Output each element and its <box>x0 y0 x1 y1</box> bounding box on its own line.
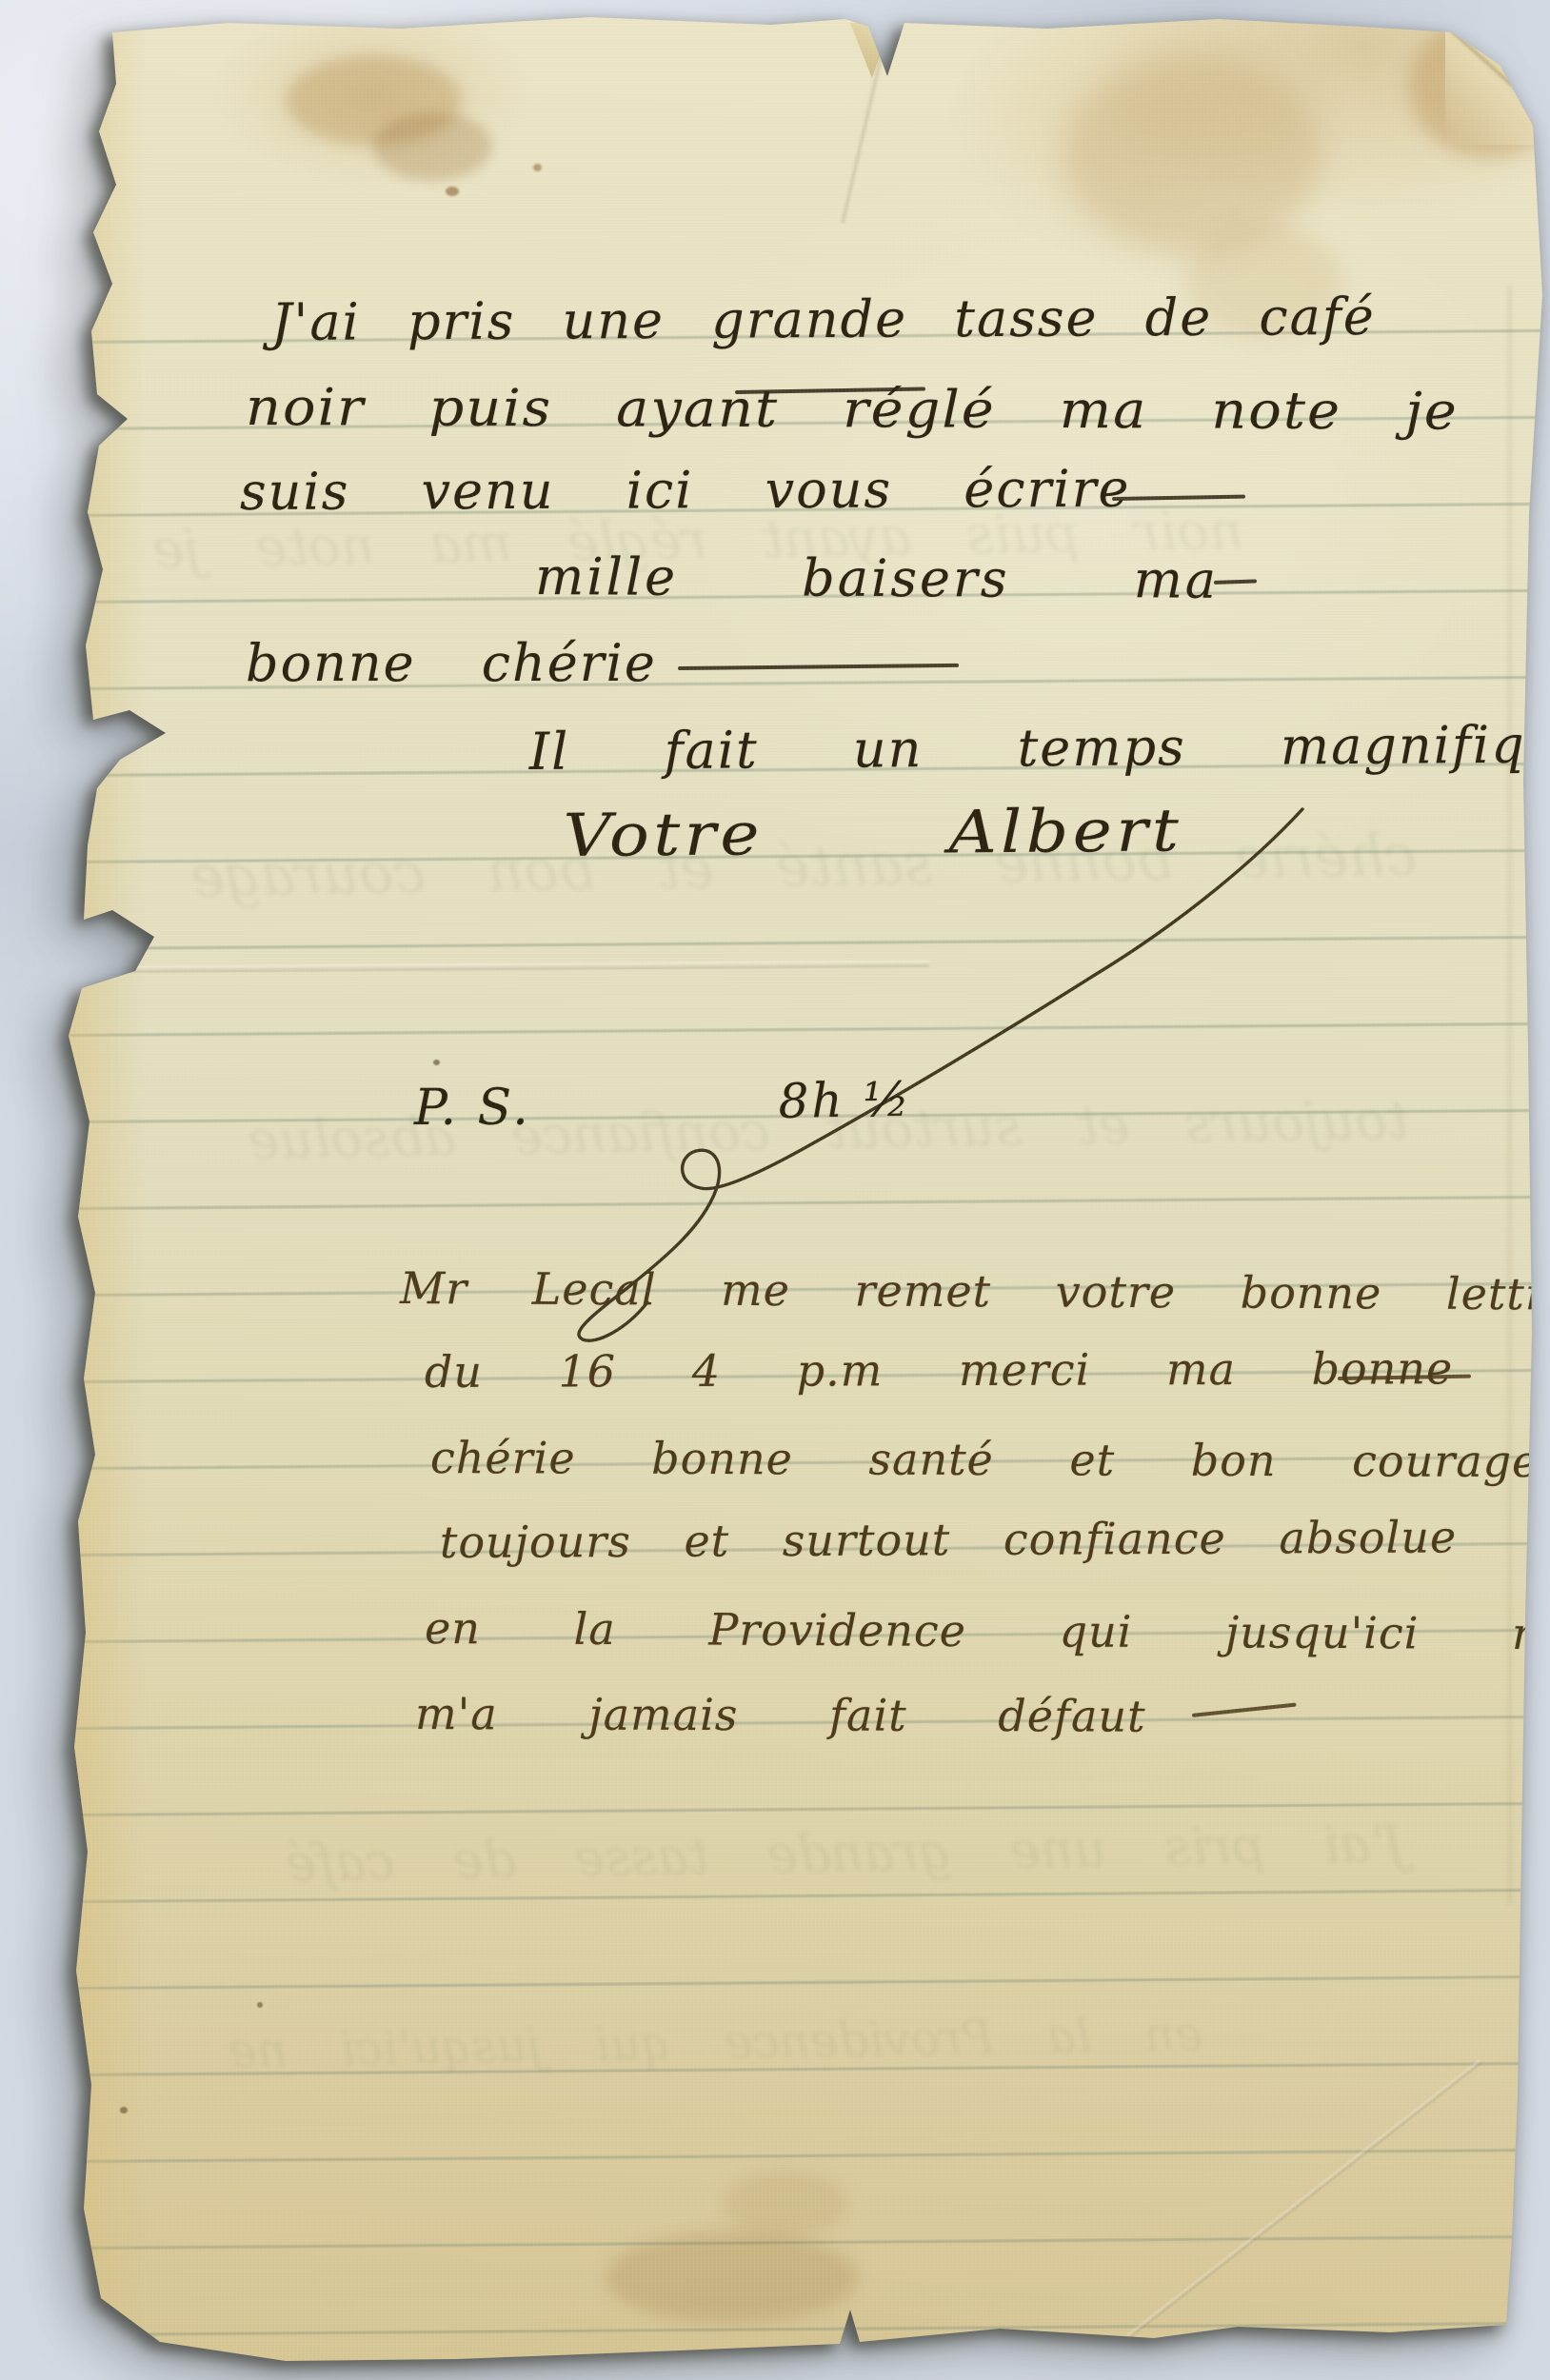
ps-line-6: m'a jamais fait défaut <box>415 1692 1146 1738</box>
handwriting-line-6: Il fait un temps magnifique <box>529 719 1550 778</box>
ink-speck <box>120 2107 128 2113</box>
foxing-speck <box>533 164 542 171</box>
ps-line-2: du 16 4 p.m merci ma bonne <box>425 1346 1453 1394</box>
top-edge-fold-flap <box>850 21 892 78</box>
crease-right-margin <box>1507 286 1512 1904</box>
photo-of-letter: noir puis ayant réglé ma note je chérie … <box>0 0 1550 2380</box>
handwriting-line-4: mille baisers ma <box>535 551 1219 606</box>
handwriting-line-3: suis venu ici vous écrire <box>240 464 1131 518</box>
handwriting-line-1: J'ai pris une grande tasse de café <box>271 291 1376 348</box>
ink-speck <box>433 1060 440 1065</box>
handwriting-line-5: bonne chérie <box>246 638 657 689</box>
smudge-bottom-center-2 <box>724 2171 847 2237</box>
ps-time: 8h ½ <box>778 1076 912 1125</box>
stain-top-left-2 <box>373 112 492 181</box>
paper-shadow-wrap: noir puis ayant réglé ma note je chérie … <box>0 0 1550 2380</box>
signature: Votre Albert <box>563 801 1182 865</box>
ps-line-3: chérie bonne santé et bon courage <box>430 1436 1539 1483</box>
crease-top-flap <box>841 32 888 224</box>
ps-line-4: toujours et surtout confiance absolue <box>440 1515 1458 1564</box>
ps-line-1: Mr Lecal me remet votre bonne lettre <box>400 1266 1550 1316</box>
ps-line-5: en la Providence qui jusqu'ici ne <box>425 1606 1550 1656</box>
foxing-speck <box>446 187 459 196</box>
ink-speck <box>257 2002 263 2008</box>
ps-label: P. S. <box>414 1083 531 1133</box>
torn-edge-tint <box>65 19 145 2351</box>
smudge-bottom-center <box>606 2232 858 2323</box>
letter-paper: noir puis ayant réglé ma note je chérie … <box>0 0 1550 2380</box>
